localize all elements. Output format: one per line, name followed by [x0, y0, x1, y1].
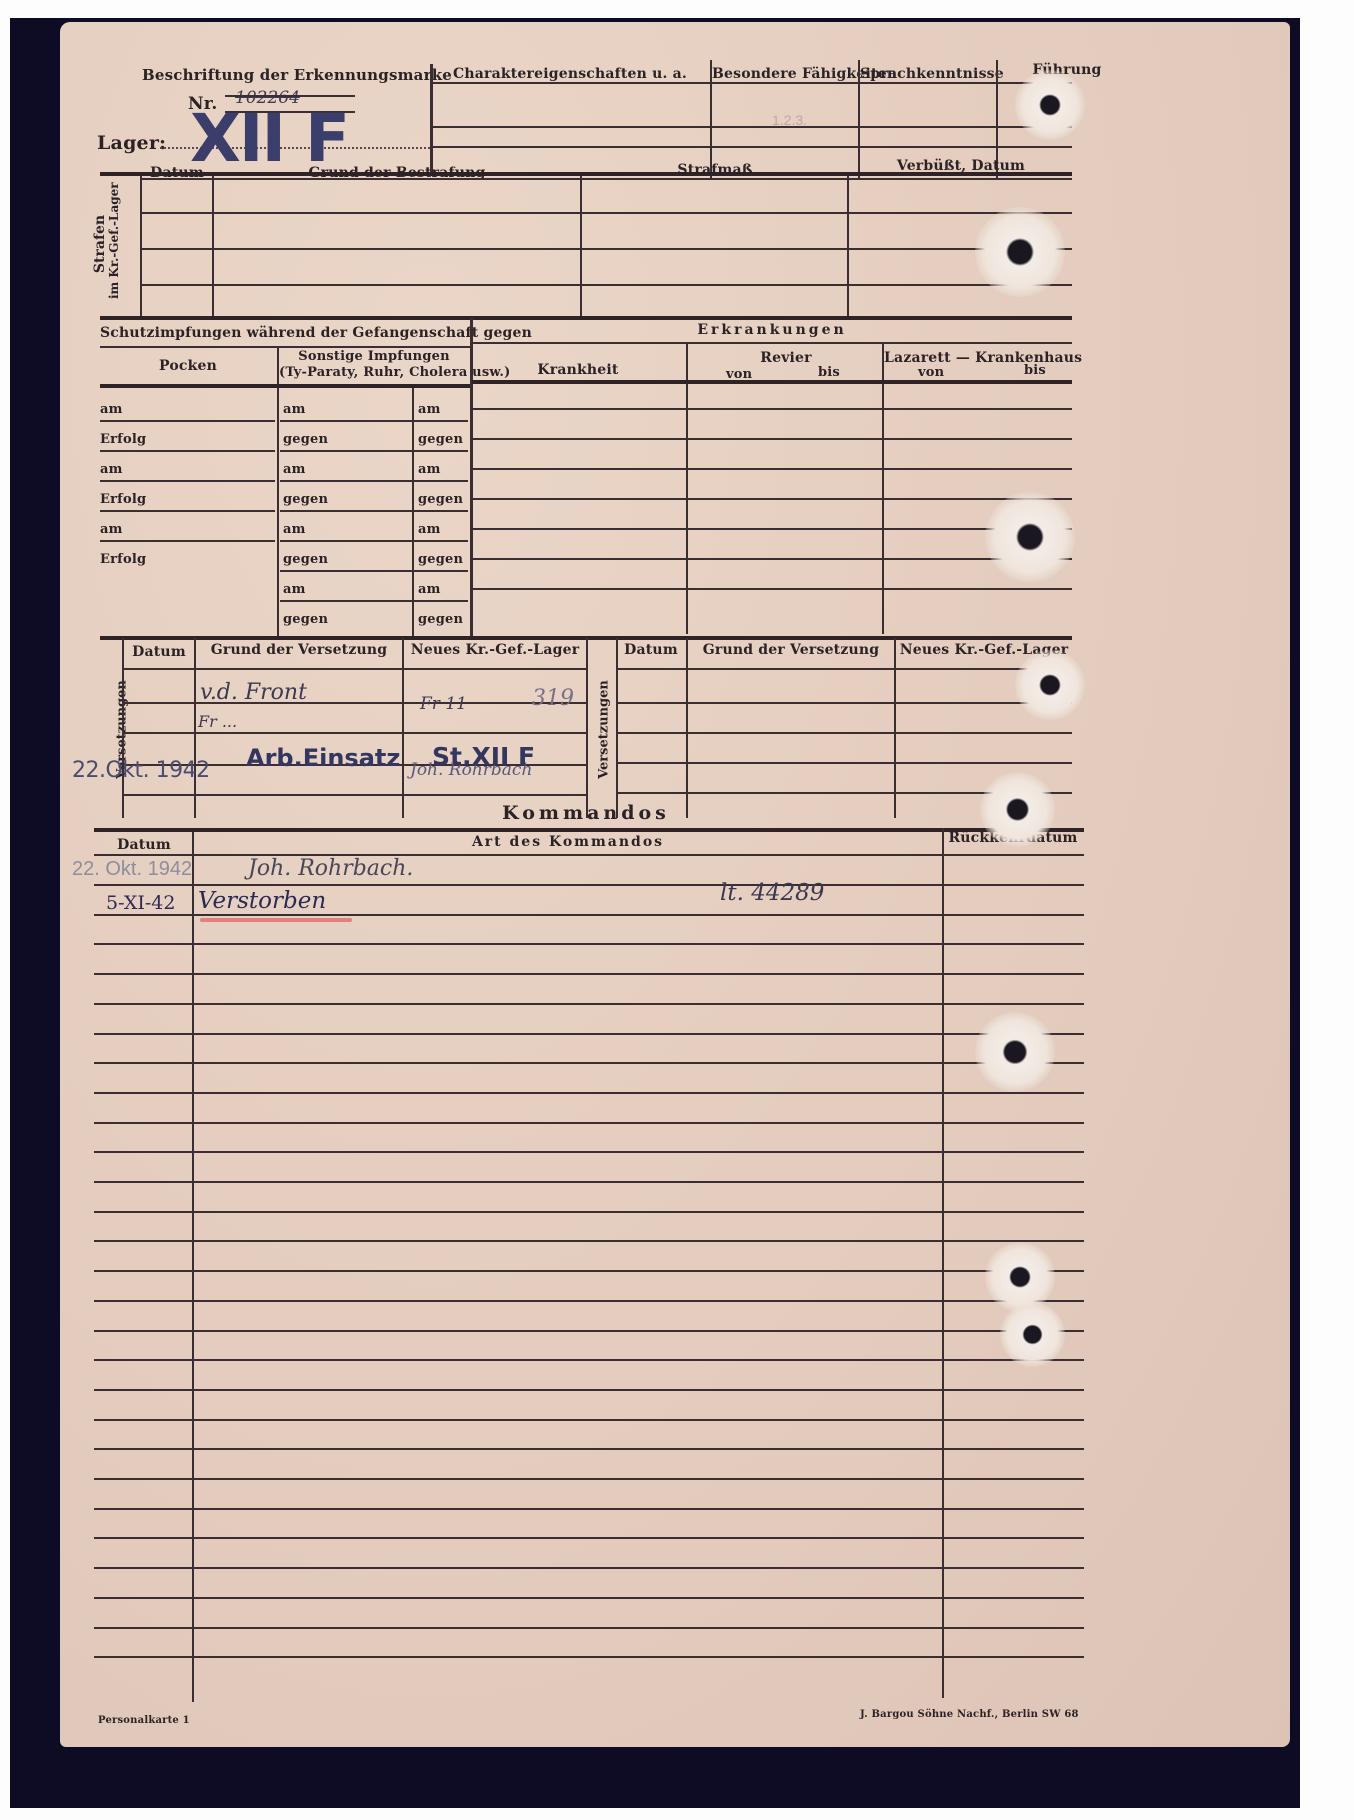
lazarett-von: von [918, 365, 944, 380]
lazarett-bis: bis [1024, 363, 1046, 378]
versetzungen-right-col-datum: Datum [618, 642, 684, 658]
kommando-row-line [94, 1240, 1084, 1242]
kommando-row-line [94, 914, 1084, 916]
kommando-row-line [94, 1567, 1084, 1569]
kommando-row-line [94, 1092, 1084, 1094]
pocken-row-erfolg-2: Erfolg [100, 492, 146, 507]
pocken-row-am-1: am [100, 402, 123, 417]
kommando-row-line [94, 1211, 1084, 1213]
sonstige-a-gegen-4: gegen [283, 612, 328, 627]
strafen-col-verbuesst: Verbüßt, Datum [849, 158, 1073, 174]
erkrankungen-row [472, 468, 1072, 470]
sonstige-b-am-1: am [418, 402, 441, 417]
kommando-entry-2-note: lt. 44289 [720, 880, 824, 906]
erkrankungen-row [472, 588, 1072, 590]
kommando-row-line [94, 1419, 1084, 1421]
sonstige-b-gegen-2: gegen [418, 492, 463, 507]
kommando-row-line [94, 1151, 1084, 1153]
erkrankungen-row [472, 498, 1072, 500]
versetzungen-right-col-grund: Grund der Versetzung [688, 642, 894, 658]
strafen-row [142, 212, 1072, 214]
kommando-row-line [94, 1181, 1084, 1183]
kommando-row-line [94, 1656, 1084, 1658]
kommando-row-line [94, 1448, 1084, 1450]
kommando-row-line [94, 1270, 1084, 1272]
kommando-row-line [94, 973, 1084, 975]
kommando-row-line [94, 1478, 1084, 1480]
erkrankungen-row [472, 528, 1072, 530]
erkrankungen-title: Erkrankungen [472, 322, 1072, 338]
kommando-row-line [94, 1062, 1084, 1064]
strafen-side-label: Strafen im Kr.-Gef.-Lager [93, 189, 121, 299]
versetzung-grund-handwritten-1: v.d. Front [200, 680, 307, 705]
sonstige-b-gegen-3: gegen [418, 552, 463, 567]
sonstige-a-gegen-3: gegen [283, 552, 328, 567]
sonstige-a-am-3: am [283, 522, 306, 537]
sonstige-a-am-2: am [283, 462, 306, 477]
sonstige-b-am-3: am [418, 522, 441, 537]
pocken-row-erfolg-3: Erfolg [100, 552, 146, 567]
sonstige-a-gegen-1: gegen [283, 432, 328, 447]
pocken-row-am-2: am [100, 462, 123, 477]
sonstige-a-am-1: am [283, 402, 306, 417]
impfungen-sonstige-label-2: (Ty-Paraty, Ruhr, Cholera usw.) [279, 365, 469, 380]
erkrankungen-row [472, 558, 1072, 560]
pocken-row-erfolg-1: Erfolg [100, 432, 146, 447]
punch-hole [980, 772, 1055, 847]
sonstige-a-am-4: am [283, 582, 306, 597]
sonstige-a-gegen-2: gegen [283, 492, 328, 507]
versetzung-lager-number: 319 [532, 686, 574, 711]
form-name: Personalkarte 1 [98, 1715, 190, 1726]
kommando-row-line [94, 1389, 1084, 1391]
printer-imprint: J. Bargou Söhne Nachf., Berlin SW 68 [860, 1709, 1079, 1720]
punch-hole [1000, 1302, 1065, 1367]
kommando-row-line [94, 1627, 1084, 1629]
versetzung-grund-handwritten-2: Fr ... [198, 712, 237, 731]
kommando-row-line [94, 1300, 1084, 1302]
versetzungen-left-col-lager: Neues Kr.-Gef.-Lager [404, 642, 586, 658]
erkennungsmarke-label: Beschriftung der Erkennungsmarke [142, 66, 452, 84]
versetzungen-side-label-right: Versetzungen [597, 680, 612, 780]
kommando-row-line [94, 1508, 1084, 1510]
impfungen-title: Schutzimpfungen während der Gefangenscha… [100, 325, 470, 341]
punch-hole [975, 207, 1065, 297]
punch-hole [985, 1242, 1055, 1312]
versetzung-lager-stamp: St.XII F [432, 742, 535, 771]
sonstige-b-gegen-4: gegen [418, 612, 463, 627]
versetzung-datum-stamp: 22.Okt. 1942 [72, 758, 210, 783]
versetzung-grund-stamp: Arb.Einsatz [246, 744, 400, 772]
col-sprachkenntnisse: Sprachkenntnisse [860, 66, 996, 82]
erkrankungen-row [472, 408, 1072, 410]
punch-hole [1015, 70, 1085, 140]
versetzung-lager-handwritten-1: Fr 11 [420, 694, 467, 714]
erkrankungen-revier-label: Revier [688, 350, 884, 366]
kommando-row-line [94, 1597, 1084, 1599]
sonstige-b-am-2: am [418, 462, 441, 477]
kommando-entry-1-datum: 22. Okt. 1942 [72, 858, 192, 881]
col-besondere-faehigkeiten: Besondere Fähigkeiten [712, 66, 858, 82]
kommandos-col-datum: Datum [96, 837, 192, 853]
impfungen-pocken-label: Pocken [100, 358, 276, 374]
strafen-row [142, 284, 1072, 286]
versetzungen-left-col-datum: Datum [124, 644, 194, 660]
strafen-row [142, 248, 1072, 250]
kommando-row-line [94, 1003, 1084, 1005]
erkrankungen-row [472, 438, 1072, 440]
kommando-entry-2-art: Verstorben [198, 888, 326, 914]
revier-bis: bis [818, 365, 840, 380]
kommando-row-line [94, 1537, 1084, 1539]
strafen-col-strafmass: Strafmaß [582, 162, 848, 178]
kommandos-title: Kommandos [100, 802, 1072, 824]
kommando-row-line [94, 943, 1084, 945]
personalkarte-document: Beschriftung der Erkennungsmarke Nr. 102… [60, 22, 1290, 1747]
impfungen-sonstige-label-1: Sonstige Impfungen [279, 349, 469, 364]
kommando-row-line [94, 1122, 1084, 1124]
kommando-row-line [94, 1033, 1084, 1035]
kommandos-col-art: Art des Kommandos [194, 834, 942, 850]
kommando-row-line [94, 1359, 1084, 1361]
punch-hole [975, 1012, 1055, 1092]
kommando-row-line [94, 1330, 1084, 1332]
kommando-entry-2-datum: 5-XI-42 [106, 892, 175, 914]
sonstige-b-am-4: am [418, 582, 441, 597]
lager-label: Lager: [97, 132, 166, 154]
sonstige-b-gegen-1: gegen [418, 432, 463, 447]
kommando-row-line [94, 884, 1084, 886]
col-charaktereigenschaften: Charaktereigenschaften u. a. [432, 66, 708, 82]
pocken-row-am-3: am [100, 522, 123, 537]
punch-hole [1015, 650, 1085, 720]
red-underline [200, 918, 352, 922]
versetzungen-left-col-grund: Grund der Versetzung [196, 642, 402, 658]
erkrankungen-krankheit-label: Krankheit [472, 362, 684, 378]
punch-hole [985, 492, 1075, 582]
kommando-entry-1-art: Joh. Rohrbach. [248, 856, 413, 881]
